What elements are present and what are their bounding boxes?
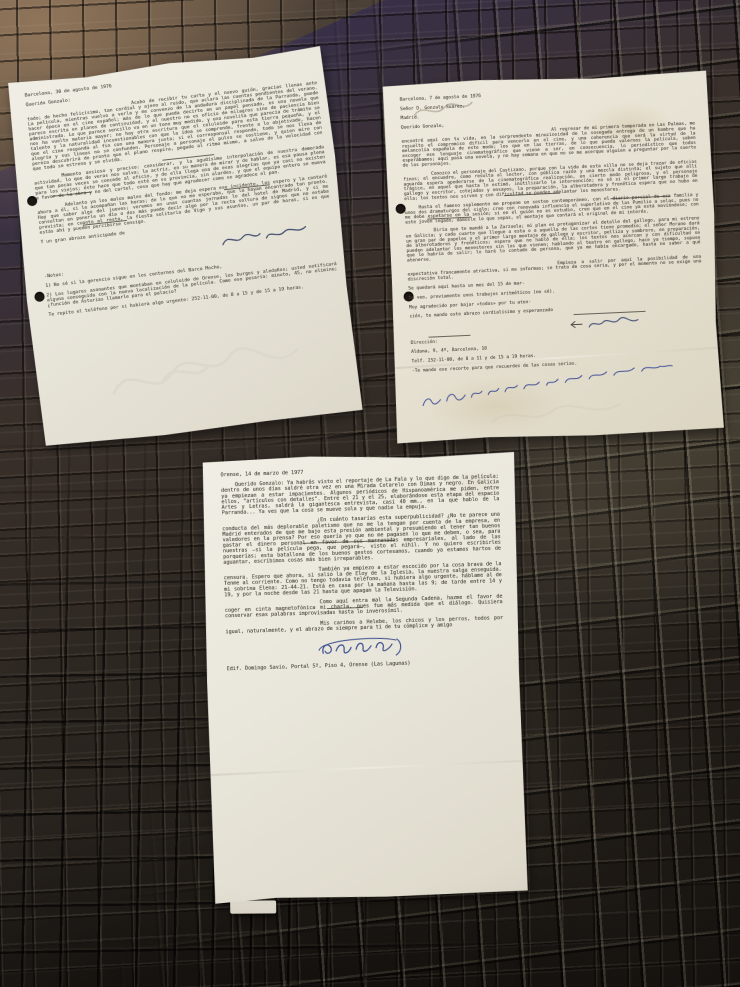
ghost-impression [486,396,627,432]
paragraph: Querido Gonzalo: Ya habrás visto el repo… [221,474,500,516]
eduardo-signature [316,634,405,663]
embossed-flourish [98,322,316,419]
paper-tab [230,900,276,913]
ink-signature-with-arrow [569,313,645,331]
letter-1-text: Barcelona, 30 de agosto de 1976 Querido … [24,62,339,322]
punch-hole [34,291,45,302]
letter-barcelona-7-agosto-1976: Barcelona, 7 de agosto de 1976 Señor D. … [381,70,724,444]
paper-crease [210,760,524,776]
letter-2-text: Barcelona, 7 de agosto de 1976 Señor D. … [400,84,708,408]
letter-1-sheet: Barcelona, 30 de agosto de 1976 Querido … [3,46,363,449]
letter-orense-14-marzo-1977: Orense, 14 de marzo de 1977 Querido Gonz… [200,450,528,904]
paragraph: También ya empiezo a estar escocido por … [224,561,503,598]
paragraph: ¿En cuánto tasarías esta superpublicidad… [222,512,501,566]
letter-3-sheet: Orense, 14 de marzo de 1977 Querido Gonz… [200,450,528,904]
letter-barcelona-30-agosto-1976: Barcelona, 30 de agosto de 1976 Querido … [3,46,363,449]
letter-3-text: Orense, 14 de marzo de 1977 Querido Gonz… [221,464,505,677]
photo-of-letters: Barcelona, 30 de agosto de 1976 Querido … [0,0,740,987]
letter-2-sheet: Barcelona, 7 de agosto de 1976 Señor D. … [381,70,724,444]
